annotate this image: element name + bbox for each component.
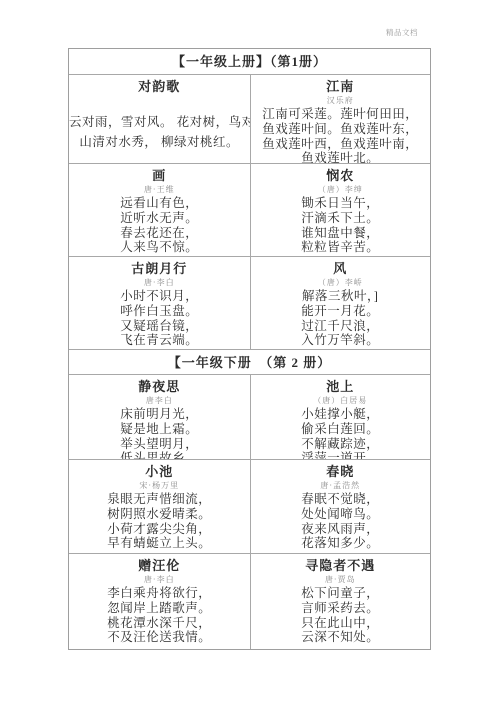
poem-line: 床前明月光， [69, 407, 250, 422]
poem-author: （唐）白居易 [251, 395, 431, 407]
poem-table: 【一年级上册】（第1册） 对韵歌 云对雨，雪对风。 花对树，鸟对虫。山清对水秀，… [68, 48, 431, 650]
poem-author: （唐）李绅 [251, 184, 431, 196]
poem-line: 解落三秋叶，] [251, 289, 431, 304]
poem-cell-duiyunge: 对韵歌 云对雨，雪对风。 花对树，鸟对虫。山清对水秀， 柳绿对桃红。 [69, 75, 250, 163]
poem-line: 小时不识月， [69, 289, 250, 304]
poem-line: 鱼戏莲叶北。 [251, 151, 431, 163]
document-page: 精品文档 【一年级上册】（第1册） 对韵歌 云对雨，雪对风。 花对树，鸟对虫。山… [0, 0, 500, 708]
poem-cell-hua: 画 唐·王维 远看山有色，近听水无声。春去花还在，人来鸟不惊。 [69, 164, 250, 256]
poem-title: 池上 [251, 378, 431, 395]
poem-title: 春晓 [251, 463, 431, 480]
poem-author: 汉乐府 [251, 95, 431, 107]
poem-cell-chunxiao: 春晓 唐·孟浩然 春眠不觉晓，处处闻啼鸟。夜来风雨声，花落知多少。 [250, 460, 431, 553]
table-row: 赠汪伦 唐·李白 李白乘舟将欲行，忽闻岸上踏歌声。桃花潭水深千尺，不及汪伦送我情… [69, 553, 430, 649]
poem-cell-minnong: 悯农 （唐）李绅 锄禾日当午，汗滴禾下土。谁知盘中餐，粒粒皆辛苦。 [250, 164, 431, 256]
table-row: 古朗月行 唐·李白 小时不识月，呼作白玉盘。又疑瑶台镜，飞在青云端。 风 （唐）… [69, 256, 430, 349]
poem-author [69, 95, 250, 107]
poem-cell-xiaochi: 小池 宋·杨万里 泉眼无声惜细流，树阴照水爱晴柔。小荷才露尖尖角，早有蜻蜓立上头… [69, 460, 250, 553]
poem-line: 入竹万竿斜。 [251, 333, 431, 348]
poem-cell-jiangnan: 江南 汉乐府 江南可采莲。莲叶何田田，鱼戏莲叶间。鱼戏莲叶东，鱼戏莲叶西，鱼戏莲… [250, 75, 431, 163]
poem-line: 江南可采莲。莲叶何田田， [251, 107, 431, 122]
poem-lines: 小时不识月，呼作白玉盘。又疑瑶台镜，飞在青云端。 [69, 289, 250, 348]
poem-line: 不及汪伦送我情。 [69, 630, 250, 645]
poem-line: 又疑瑶台镜， [69, 319, 250, 334]
poem-line: 汗滴禾下土。 [251, 211, 431, 226]
poem-lines: 锄禾日当午，汗滴禾下土。谁知盘中餐，粒粒皆辛苦。 [251, 196, 431, 255]
poem-author: 唐·李白 [69, 277, 250, 289]
poem-lines: 床前明月光，疑是地上霜。举头望明月，低头思故乡。 [69, 407, 250, 459]
poem-line: 忽闻岸上踏歌声。 [69, 601, 250, 616]
poem-line: 浮萍一道开。 [251, 451, 431, 459]
poem-line: 过江千尺浪， [251, 319, 431, 334]
poem-line: 鱼戏莲叶西，鱼戏莲叶南， [251, 137, 431, 152]
poem-author: 唐李白 [69, 395, 250, 407]
poem-lines: 小娃撑小艇，偷采白莲回。不解藏踪迹，浮萍一道开。 [251, 407, 431, 459]
poem-line: 只在此山中， [251, 616, 431, 631]
section-header-grade1-vol2: 【一年级下册 （第 2 册） [69, 349, 430, 374]
poem-lines: 远看山有色，近听水无声。春去花还在，人来鸟不惊。 [69, 196, 250, 255]
poem-author: 唐·孟浩然 [251, 480, 431, 492]
poem-cell-chishang: 池上 （唐）白居易 小娃撑小艇，偷采白莲回。不解藏踪迹，浮萍一道开。 [250, 375, 431, 459]
poem-lines: 云对雨，雪对风。 花对树，鸟对虫。山清对水秀， 柳绿对桃红。 [69, 107, 250, 152]
poem-title: 风 [251, 260, 431, 277]
watermark: 精品文档 [386, 27, 418, 38]
poem-title: 赠汪伦 [69, 557, 250, 574]
poem-author: 唐·王维 [69, 184, 250, 196]
poem-lines: 解落三秋叶，]能开一月花。过江千尺浪，入竹万竿斜。 [251, 289, 431, 348]
poem-line: 鱼戏莲叶间。鱼戏莲叶东， [251, 122, 431, 137]
poem-line: 飞在青云端。 [69, 333, 250, 348]
poem-line: 举头望明月， [69, 437, 250, 452]
poem-cell-gulangyuexing: 古朗月行 唐·李白 小时不识月，呼作白玉盘。又疑瑶台镜，飞在青云端。 [69, 257, 250, 349]
poem-line: 言师采药去。 [251, 601, 431, 616]
poem-line: 呼作白玉盘。 [69, 304, 250, 319]
poem-line: 春去花还在， [69, 226, 250, 241]
poem-cell-jingyesi: 静夜思 唐李白 床前明月光，疑是地上霜。举头望明月，低头思故乡。 [69, 375, 250, 459]
poem-line: 远看山有色， [69, 196, 250, 211]
poem-cell-zengwanglun: 赠汪伦 唐·李白 李白乘舟将欲行，忽闻岸上踏歌声。桃花潭水深千尺，不及汪伦送我情… [69, 554, 250, 649]
poem-line: 云深不知处。 [251, 630, 431, 645]
poem-line: 春眠不觉晓， [251, 492, 431, 507]
poem-line: 疑是地上霜。 [69, 422, 250, 437]
poem-line: 不解藏踪迹， [251, 437, 431, 452]
poem-line: 粒粒皆辛苦。 [251, 240, 431, 255]
poem-line: 人来鸟不惊。 [69, 240, 250, 255]
poem-line: 花落知多少。 [251, 536, 431, 551]
poem-line: 锄禾日当午， [251, 196, 431, 211]
poem-author: 唐·李白 [69, 574, 250, 586]
poem-line: 桃花潭水深千尺， [69, 616, 250, 631]
poem-line: 早有蜻蜓立上头。 [69, 536, 250, 551]
poem-line: 李白乘舟将欲行， [69, 586, 250, 601]
poem-line: 偷采白莲回。 [251, 422, 431, 437]
poem-line: 泉眼无声惜细流， [69, 492, 250, 507]
poem-title: 悯农 [251, 167, 431, 184]
table-row: 静夜思 唐李白 床前明月光，疑是地上霜。举头望明月，低头思故乡。 池上 （唐）白… [69, 374, 430, 459]
poem-line: 云对雨，雪对风。 花对树，鸟对虫。 [69, 112, 250, 132]
poem-lines: 松下问童子，言师采药去。只在此山中，云深不知处。 [251, 586, 431, 645]
poem-line: 小娃撑小艇， [251, 407, 431, 422]
poem-author: 宋·杨万里 [69, 480, 250, 492]
poem-cell-feng: 风 （唐）李峤 解落三秋叶，]能开一月花。过江千尺浪，入竹万竿斜。 [250, 257, 431, 349]
poem-author: 唐·贾岛 [251, 574, 431, 586]
table-row: 对韵歌 云对雨，雪对风。 花对树，鸟对虫。山清对水秀， 柳绿对桃红。 江南 汉乐… [69, 74, 430, 163]
poem-line: 树阴照水爱晴柔。 [69, 507, 250, 522]
poem-title: 寻隐者不遇 [251, 557, 431, 574]
section-header-grade1-vol1: 【一年级上册】（第1册） [69, 49, 430, 74]
poem-title: 静夜思 [69, 378, 250, 395]
poem-title: 江南 [251, 78, 431, 95]
poem-line: 能开一月花。 [251, 304, 431, 319]
poem-author: （唐）李峤 [251, 277, 431, 289]
poem-title: 对韵歌 [69, 78, 250, 95]
table-row: 画 唐·王维 远看山有色，近听水无声。春去花还在，人来鸟不惊。 悯农 （唐）李绅… [69, 163, 430, 256]
poem-line: 小荷才露尖尖角， [69, 522, 250, 537]
poem-title: 小池 [69, 463, 250, 480]
poem-line: 夜来风雨声， [251, 522, 431, 537]
poem-line: 松下问童子， [251, 586, 431, 601]
poem-lines: 江南可采莲。莲叶何田田，鱼戏莲叶间。鱼戏莲叶东，鱼戏莲叶西，鱼戏莲叶南，鱼戏莲叶… [251, 107, 431, 163]
poem-line: 山清对水秀， 柳绿对桃红。 [69, 132, 250, 152]
poem-title: 古朗月行 [69, 260, 250, 277]
poem-lines: 春眠不觉晓，处处闻啼鸟。夜来风雨声，花落知多少。 [251, 492, 431, 551]
poem-lines: 泉眼无声惜细流，树阴照水爱晴柔。小荷才露尖尖角，早有蜻蜓立上头。 [69, 492, 250, 551]
table-row: 小池 宋·杨万里 泉眼无声惜细流，树阴照水爱晴柔。小荷才露尖尖角，早有蜻蜓立上头… [69, 459, 430, 553]
poem-lines: 李白乘舟将欲行，忽闻岸上踏歌声。桃花潭水深千尺，不及汪伦送我情。 [69, 586, 250, 645]
poem-cell-xunyinzhebuyu: 寻隐者不遇 唐·贾岛 松下问童子，言师采药去。只在此山中，云深不知处。 [250, 554, 431, 649]
poem-line: 低头思故乡。 [69, 451, 250, 459]
poem-line: 谁知盘中餐， [251, 226, 431, 241]
poem-line: 近听水无声。 [69, 211, 250, 226]
poem-line: 处处闻啼鸟。 [251, 507, 431, 522]
poem-title: 画 [69, 167, 250, 184]
